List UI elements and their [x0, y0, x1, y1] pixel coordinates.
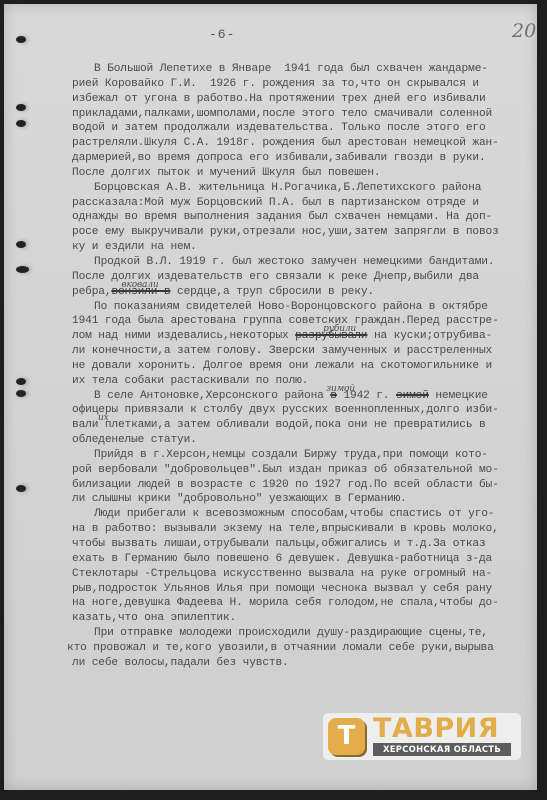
text-line: кто провожал и те,кого увозили,в отчаяни…: [67, 641, 522, 656]
binding-hole: [16, 120, 26, 127]
text-line: прикладами,палками,шомполами,после этого…: [72, 107, 522, 122]
text-line: не довали хоронить. Долгое время они леж…: [72, 359, 522, 374]
text-segment: ребра,: [72, 286, 111, 298]
text-segment: немецкие: [429, 390, 488, 402]
binding-hole: [16, 241, 26, 248]
text-line: 1941 года была арестована группа советск…: [72, 314, 522, 329]
binding-hole: [16, 104, 26, 111]
text-segment: лом над ними издевались,некоторых: [72, 330, 295, 342]
binding-hole: [16, 390, 26, 397]
binding-hole: [16, 36, 26, 43]
binding-hole: [16, 485, 26, 492]
handwritten-correction: зимой: [326, 382, 355, 397]
text-line: ли слышны крики "добровольно" уезжающих …: [72, 492, 522, 507]
text-line: росе ему выкручивали руки,отрезали нос,у…: [72, 225, 522, 240]
handwritten-correction: рубили: [323, 322, 356, 337]
logo-subtitle: ХЕРСОНСКАЯ ОБЛАСТЬ: [373, 743, 511, 756]
document-body: В Большой Лепетихе в Январе 1941 года бы…: [72, 62, 522, 671]
text-line: на ноге,девушка Фадеева Н. морила себя г…: [72, 596, 522, 611]
text-line: водой и затем продолжали издевательства.…: [72, 121, 522, 136]
text-line: рией Коровайко Г.И. 1926 г. рождения за …: [72, 77, 522, 92]
text-line: ли конечности,а затем голову. Зверски за…: [72, 344, 522, 359]
archive-sheet-number: 20: [512, 20, 536, 42]
binding-hole: [16, 378, 26, 385]
text-line: растреляли.Шкуля С.А. 1918г. рождения бы…: [72, 136, 522, 151]
logo-title: ТАВРИЯ: [373, 714, 499, 744]
text-line: однажды во время выполнения задания был …: [72, 210, 522, 225]
text-line: Стеклотары -Стрельцова искусственно вызв…: [72, 567, 522, 582]
text-segment: вали плетками,а затем обливали водой,пок…: [72, 419, 486, 431]
text-line: казать,что она эпилептик.: [72, 611, 522, 626]
handwritten-correction: их: [98, 411, 109, 426]
text-line: чтобы вызвать лишаи,отрубывали пальцы,об…: [72, 537, 522, 552]
text-segment: сердце,а труп сбросили в реку.: [170, 286, 373, 298]
handwritten-correction: вковали: [121, 278, 158, 293]
text-line-with-correction: В селе Антоновке,Херсонского района зимо…: [72, 389, 522, 404]
text-line: ку и ездили на нем.: [72, 240, 522, 255]
text-line: Продкой В.Л. 1919 г. был жестоко замучен…: [72, 255, 522, 270]
text-line: После долгих пыток и мучений Шкуля был п…: [72, 166, 522, 181]
text-line: ехать в Германию было повешено 6 девушек…: [72, 552, 522, 567]
text-line: рассказала:Мой муж Борцовский П.А. был в…: [72, 196, 522, 211]
text-segment: на куски;отрубива-: [367, 330, 492, 342]
text-line: По показаниям свидетелей Ново-Воронцовск…: [72, 300, 522, 315]
text-line: на в работво: вызывали экзему на теле,вп…: [72, 522, 522, 537]
text-line: билизации людей в возрасте с 1920 по 192…: [72, 478, 522, 493]
text-line: Прийдя в г.Херсон,немцы создали Биржу тр…: [72, 448, 522, 463]
text-line: рой вербовали "добровольцев".Был издан п…: [72, 463, 522, 478]
text-line: ихвали плетками,а затем обливали водой,п…: [72, 418, 522, 433]
watermark-logo: Т ТАВРИЯ ХЕРСОНСКАЯ ОБЛАСТЬ: [323, 713, 521, 760]
text-line: Люди прибегали к всевозможным способам,ч…: [72, 507, 522, 522]
page-number: -6-: [209, 27, 235, 42]
logo-t-icon: Т: [328, 718, 365, 755]
text-line-with-correction: лом над ними издевались,некоторых рубили…: [72, 329, 522, 344]
text-line: рыв,подросток Ульянов Илья при помощи че…: [72, 582, 522, 597]
archival-document-page: -6- 20 В Большой Лепетихе в Январе 1941 …: [4, 4, 537, 790]
text-line: их тела собаки растаскивали по полю.: [72, 374, 522, 389]
text-line: В Большой Лепетихе в Январе 1941 года бы…: [72, 62, 522, 77]
text-line-with-correction: ребра,вковаливонзили в сердце,а труп сбр…: [72, 285, 522, 300]
binding-hole: [16, 266, 29, 273]
struck-text: зимой: [396, 390, 429, 402]
text-line: При отправке молодежи происходили душу-р…: [72, 626, 522, 641]
text-line: офицеры привязали к столбу двух русских …: [72, 403, 522, 418]
text-line: ли себе волосы,падали без чувств.: [72, 656, 522, 671]
text-line: Борцовская А.В. жительница Н.Рогачика,Б.…: [72, 181, 522, 196]
text-line: дармерией,во время допроса его избивали,…: [72, 151, 522, 166]
text-line: обледенелые статуи.: [72, 433, 522, 448]
text-line: избежал от угона в работво.На протяжении…: [72, 92, 522, 107]
text-segment: В селе Антоновке,Херсонского района: [94, 390, 330, 402]
